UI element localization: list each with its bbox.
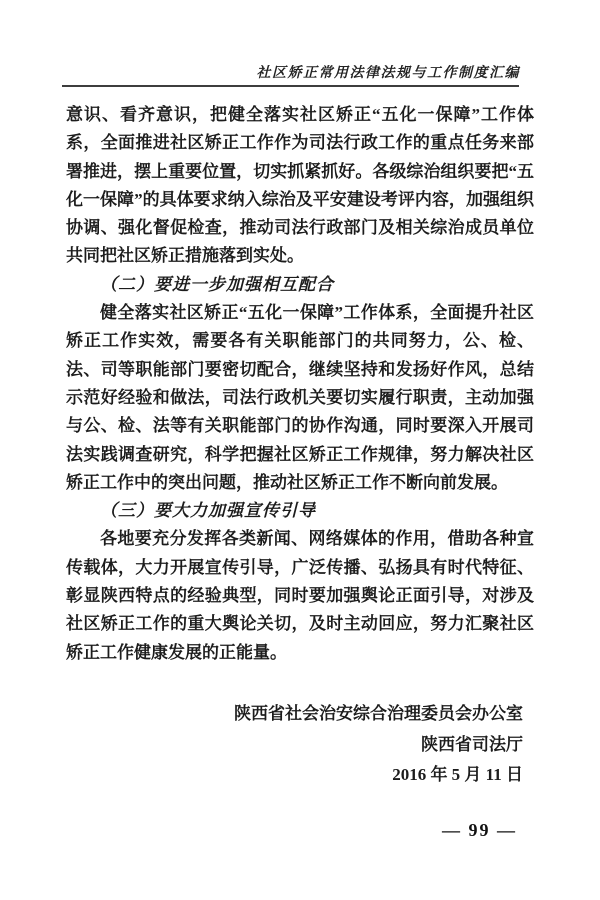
document-body: 意识、看齐意识，把健全落实社区矫正“五化一保障”工作体系，全面推进社区矫正工作作… [66, 101, 534, 667]
paragraph-continued: 意识、看齐意识，把健全落实社区矫正“五化一保障”工作体系，全面推进社区矫正工作作… [66, 101, 534, 271]
page-number: — 99 — [442, 820, 517, 840]
signature-org-1: 陕西省社会治安综合治理委员会办公室 [66, 699, 523, 730]
signature-block: 陕西省社会治安综合治理委员会办公室 陕西省司法厅 2016 年 5 月 11 日 [66, 699, 523, 791]
document-page: 社区矫正常用法律法规与工作制度汇编 意识、看齐意识，把健全落实社区矫正“五化一保… [0, 0, 600, 900]
signature-date: 2016 年 5 月 11 日 [66, 760, 523, 791]
paragraph-section-3: 各地要充分发挥各类新闻、网络媒体的作用，借助各种宣传载体，大力开展宣传引导，广泛… [66, 525, 534, 666]
section-heading-2: （二）要进一步加强相互配合 [66, 271, 534, 299]
section-heading-3: （三）要大力加强宣传引导 [66, 497, 534, 525]
page-footer: — 99 — [66, 820, 517, 841]
paragraph-section-2: 健全落实社区矫正“五化一保障”工作体系，全面提升社区矫正工作实效，需要各有关职能… [66, 299, 534, 497]
signature-org-2: 陕西省司法厅 [66, 730, 523, 761]
running-head-title: 社区矫正常用法律法规与工作制度汇编 [62, 62, 520, 82]
header-rule [62, 85, 519, 87]
